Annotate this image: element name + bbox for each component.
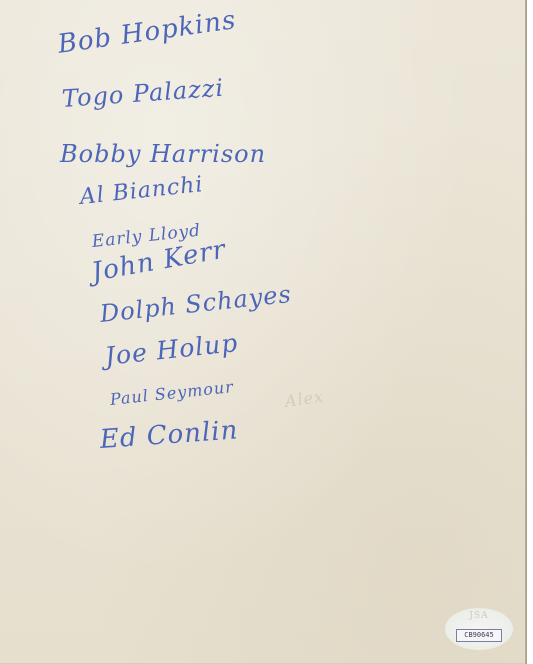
authentication-sticker: JSA CB90645 [445, 608, 513, 650]
signature: Joe Holup [103, 328, 239, 371]
signature: Bob Hopkins [56, 5, 238, 60]
signature: Al Bianchi [79, 172, 205, 210]
signature: Bobby Harrison [60, 140, 266, 168]
faint-signature: Alex [284, 387, 325, 411]
sheet-right-edge [526, 0, 533, 664]
signature: Dolph Schayes [99, 280, 293, 328]
certificate-number: CB90645 [456, 629, 502, 642]
signature: Ed Conlin [99, 415, 239, 455]
signature: Togo Palazzi [61, 74, 225, 113]
signature: Paul Seymour [109, 377, 235, 409]
signature-list: Bob Hopkins Togo Palazzi Bobby Harrison … [0, 0, 526, 664]
jsa-logo-icon: JSA [445, 611, 513, 621]
